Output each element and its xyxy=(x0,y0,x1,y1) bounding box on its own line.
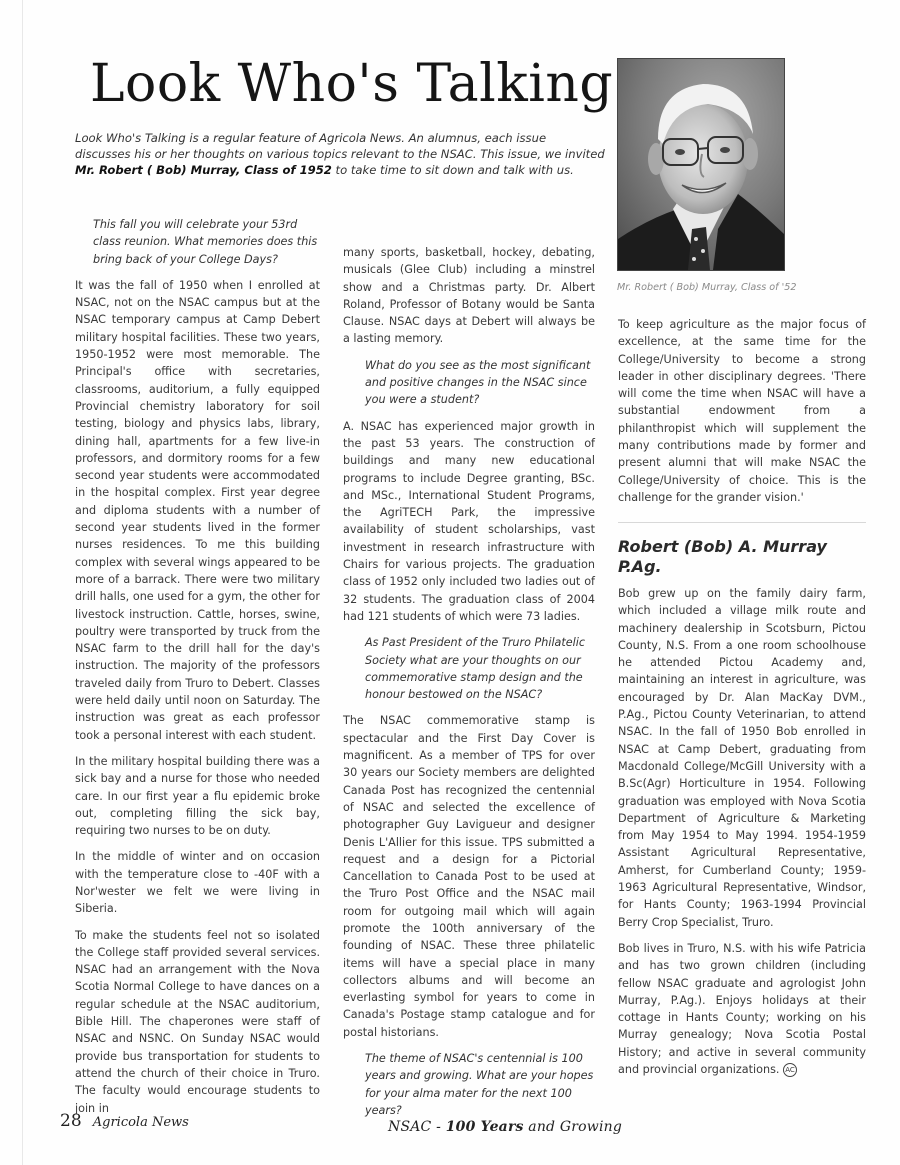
nsac-logo-icon: AC xyxy=(783,1063,797,1077)
answer-paragraph: many sports, basketball, hockey, debatin… xyxy=(343,244,595,348)
interview-question: The theme of NSAC's centennial is 100 ye… xyxy=(365,1050,595,1119)
article-intro: Look Who's Talking is a regular feature … xyxy=(75,131,605,178)
tagline-bold: 100 Years xyxy=(446,1119,524,1135)
page-edge-line xyxy=(22,0,23,1165)
answer-paragraph: In the middle of winter and on occasion … xyxy=(75,848,320,917)
answer-paragraph: In the military hospital building there … xyxy=(75,753,320,839)
article-title: Look Who's Talking! xyxy=(90,58,635,110)
photo-caption: Mr. Robert ( Bob) Murray, Class of '52 xyxy=(617,282,796,293)
article-column-2: many sports, basketball, hockey, debatin… xyxy=(343,244,595,1128)
article-column-3: To keep agriculture as the major focus o… xyxy=(618,316,866,515)
tagline-prefix: NSAC - xyxy=(388,1119,446,1135)
intro-text: Look Who's Talking is a regular feature … xyxy=(75,131,605,161)
answer-paragraph: It was the fall of 1950 when I enrolled … xyxy=(75,277,320,744)
publication-name: Agricola News xyxy=(93,1115,189,1130)
bio-paragraph: Bob grew up on the family dairy farm, wh… xyxy=(618,585,866,931)
portrait-photo xyxy=(617,58,785,271)
bio-heading: Robert (Bob) A. Murray P.Ag. xyxy=(618,537,866,577)
article-column-1: This fall you will celebrate your 53rd c… xyxy=(75,216,320,1126)
bio-paragraph: Bob lives in Truro, N.S. with his wife P… xyxy=(618,940,866,1078)
section-divider xyxy=(618,522,866,523)
page-footer-left: 28 Agricola News xyxy=(60,1111,189,1131)
tagline-suffix: and Growing xyxy=(524,1119,622,1135)
author-bio: Robert (Bob) A. Murray P.Ag. Bob grew up… xyxy=(618,537,866,1087)
intro-text-after: to take time to sit down and talk with u… xyxy=(336,163,574,177)
magazine-page: Look Who's Talking! Look Who's Talking i… xyxy=(0,0,900,1165)
answer-paragraph: A. NSAC has experienced major growth in … xyxy=(343,418,595,626)
interview-question: This fall you will celebrate your 53rd c… xyxy=(93,216,320,268)
page-number: 28 xyxy=(60,1111,82,1131)
portrait-illustration-icon xyxy=(618,59,784,270)
bio-paragraph-text: Bob lives in Truro, N.S. with his wife P… xyxy=(618,942,866,1076)
page-footer-tagline: NSAC - 100 Years and Growing xyxy=(388,1119,622,1135)
intro-interviewee-name: Mr. Robert ( Bob) Murray, Class of 1952 xyxy=(75,163,332,177)
interview-question: What do you see as the most significant … xyxy=(365,357,595,409)
answer-paragraph: The NSAC commemorative stamp is spectacu… xyxy=(343,712,595,1041)
interview-question: As Past President of the Truro Philateli… xyxy=(365,634,595,703)
answer-paragraph: To keep agriculture as the major focus o… xyxy=(618,316,866,506)
answer-paragraph: To make the students feel not so isolate… xyxy=(75,927,320,1117)
